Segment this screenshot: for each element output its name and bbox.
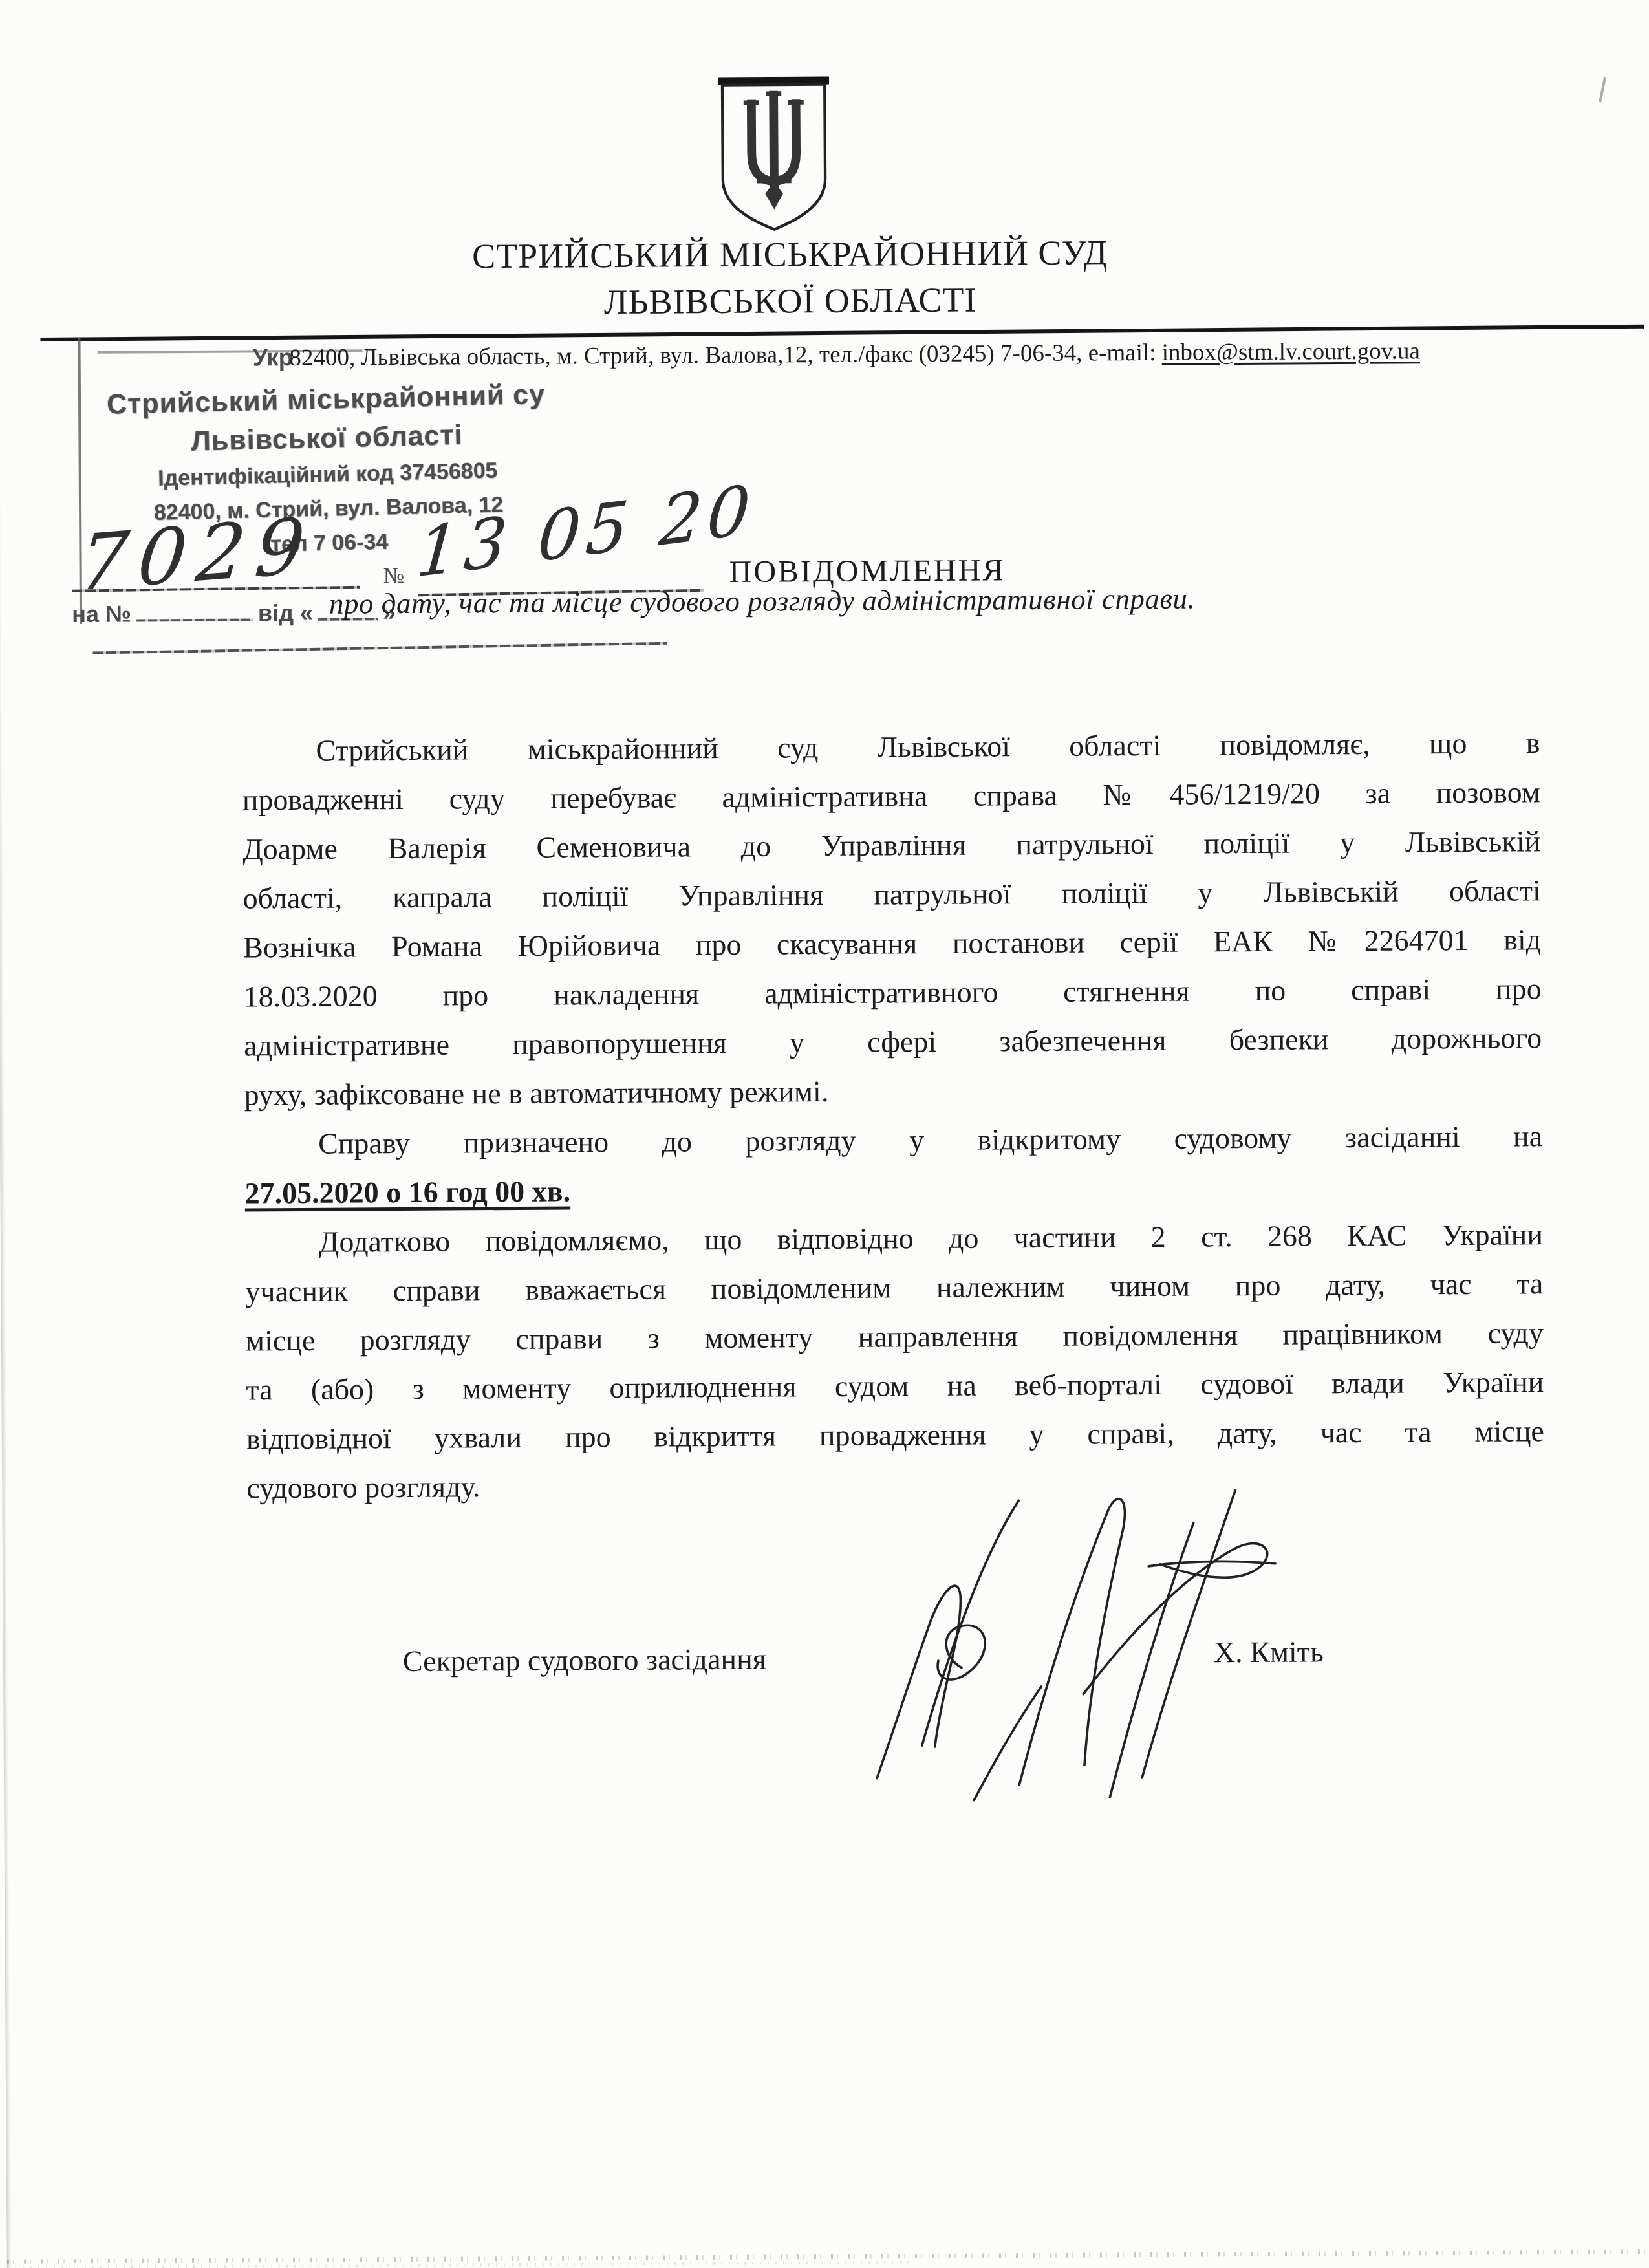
court-region: ЛЬВІВСЬКОЇ ОБЛАСТІ [0, 276, 1586, 326]
ukraine-trident-emblem-icon [718, 76, 830, 233]
court-name: СТРИЙСЬКИЙ МІСЬКРАЙОННИЙ СУД [0, 230, 1586, 279]
email-address: inbox@stm.lv.court.gov.ua [1162, 338, 1420, 365]
scan-edge-shadow [0, 5, 12, 2268]
address-line: Укр82400, Львівська область, м. Стрий, в… [253, 337, 1421, 372]
numero-sign: № [383, 564, 405, 589]
body-line: області, капрала поліції Управління патр… [243, 866, 1541, 923]
scan-content: СТРИЙСЬКИЙ МІСЬКРАЙОННИЙ СУД ЛЬВІВСЬКОЇ … [0, 0, 1649, 2268]
body-line: та (або) з моменту оприлюднення судом на… [246, 1357, 1544, 1414]
handwritten-outgoing-number: 7029 [75, 500, 319, 608]
stamp-overlap-text: Укр [253, 344, 294, 371]
body-line: Справу призначено до розгляду у відкрито… [244, 1112, 1542, 1169]
body-line: відповідної ухвали про відкриття провадж… [246, 1407, 1544, 1463]
body-line: Стрийський міськрайонний суд Львівської … [242, 718, 1540, 775]
body-line: учасник справи вважається повідомленим н… [245, 1259, 1543, 1316]
quote-open: « [300, 599, 313, 627]
body-text: Стрийський міськрайонний суд Львівської … [242, 718, 1544, 1513]
body-line: Доарме Валерія Семеновича до Управління … [242, 817, 1540, 874]
notice-subtitle: про дату, час та місце судового розгляду… [329, 581, 1195, 620]
hearing-date-strong: 27.05.2020 о 16 год 00 хв. [244, 1174, 570, 1209]
body-line: Вознічка Романа Юрійовича про скасування… [243, 915, 1541, 972]
body-line: 18.03.2020 про накладення адміністративн… [243, 964, 1541, 1021]
form-long-underline [92, 642, 667, 654]
handwritten-signature [746, 1472, 1304, 1811]
vid-label: від [258, 599, 294, 627]
body-line: провадженні суду перебуває адміністратив… [242, 768, 1540, 825]
body-line: руху, зафіксоване не в автоматичному реж… [244, 1063, 1542, 1119]
address-text: 82400, Львівська область, м. Стрий, вул.… [289, 340, 1162, 371]
body-line: Додатково повідомляємо, що відповідно до… [245, 1210, 1543, 1267]
na-no-label: на № [72, 601, 131, 629]
blank-line [136, 618, 253, 621]
body-line: місце розгляду справи з моменту направле… [246, 1308, 1544, 1365]
body-line: адміністративне правопорушення у сфері з… [244, 1013, 1542, 1070]
scanned-court-notice-page: СТРИЙСЬКИЙ МІСЬКРАЙОННИЙ СУД ЛЬВІВСЬКОЇ … [0, 0, 1649, 2268]
scan-artifact-tick [1599, 77, 1606, 103]
signature-role-label: Секретар судового засідання [403, 1642, 766, 1678]
body-line: 27.05.2020 о 16 год 00 хв. [244, 1161, 1542, 1218]
